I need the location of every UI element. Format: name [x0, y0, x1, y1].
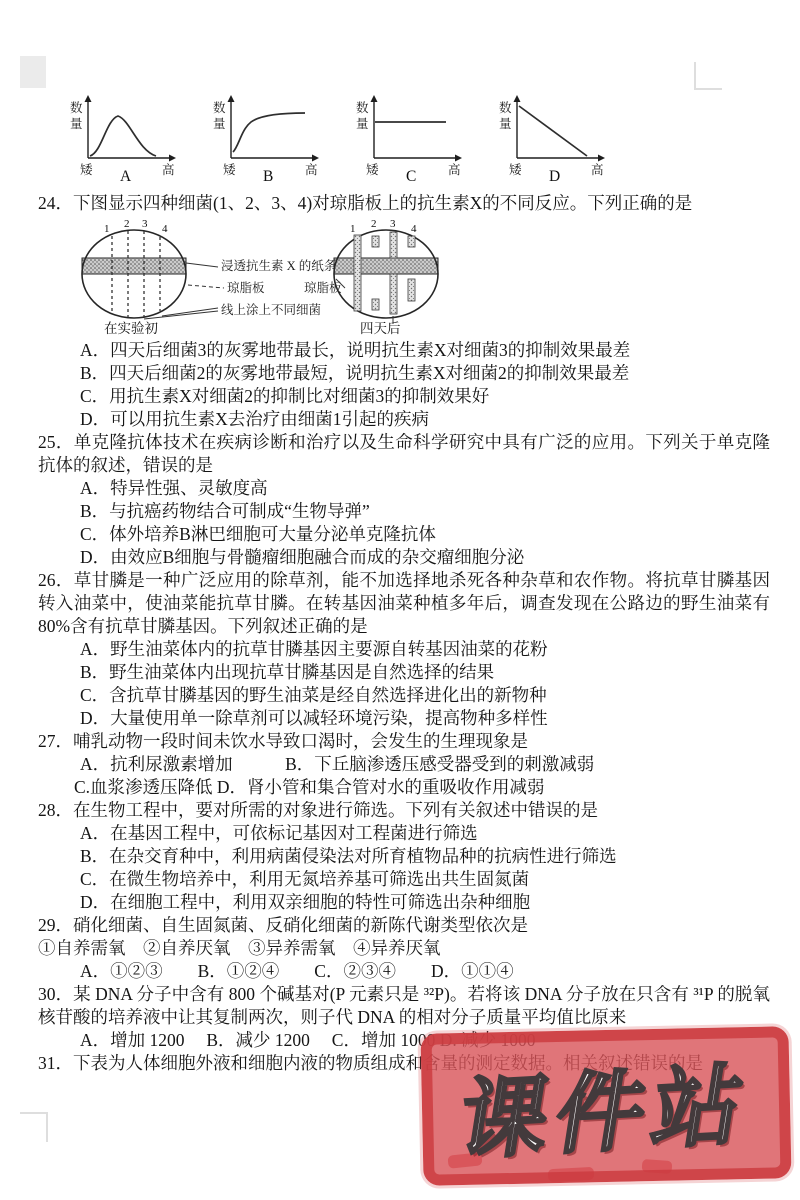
plate-start: 1 2 3 4 在实验初	[82, 219, 186, 336]
graph-letter: A	[120, 168, 132, 184]
antibiotic-strip	[82, 258, 186, 274]
y-axis-label: 数	[70, 100, 83, 115]
bacteria-growth-bar	[390, 232, 397, 258]
plate-caption-start: 在实验初	[104, 321, 158, 336]
declining-line	[519, 106, 587, 156]
option-c: C．在微生物培养中，利用无氮培养基可筛选出共生固氮菌	[80, 868, 770, 891]
option-a: A．野生油菜体内的抗草甘膦基因主要源自转基因油菜的花粉	[80, 638, 770, 661]
corner-mark	[20, 1112, 48, 1142]
bacteria-number: 1	[350, 223, 356, 235]
option-a: A．四天后细菌3的灰雾地带最长，说明抗生素X对细菌3的抑制效果最差	[80, 339, 770, 362]
x-axis-left-label: 矮	[366, 163, 379, 177]
y-axis-label: 量	[499, 117, 512, 131]
antibiotic-strip	[334, 258, 438, 274]
x-axis-left-label: 矮	[223, 163, 236, 177]
bacteria-number: 4	[162, 223, 168, 235]
option-b: B．在杂交育种中，利用病菌侵染法对所育植物品种的抗病性进行筛选	[80, 845, 770, 868]
option-d: D．在细胞工程中，利用双亲细胞的特性可筛选出杂种细胞	[80, 891, 770, 914]
question-stem: 25．单克隆抗体技术在疾病诊断和治疗以及生命科学研究中具有广泛的应用。下列关于单…	[38, 431, 770, 477]
graph-letter: C	[406, 168, 416, 184]
question-stem: 29．硝化细菌、自生固氮菌、反硝化细菌的新陈代谢类型依次是	[38, 914, 770, 937]
bell-curve	[90, 116, 156, 156]
plate-caption-four-days: 四天后	[360, 321, 401, 336]
question-27: 27．哺乳动物一段时间未饮水导致口渴时，会发生的生理现象是 A．抗利尿激素增加 …	[38, 730, 770, 799]
y-axis-label: 数	[499, 100, 512, 115]
agar-label-left: 琼脂板	[227, 280, 265, 295]
sigmoid-curve	[233, 113, 305, 152]
graph-letter: B	[263, 168, 273, 184]
corner-mark	[20, 56, 46, 88]
option-d: D．大量使用单一除草剂可以减轻环境污染，提高物种多样性	[80, 707, 770, 730]
option-a: A．在基因工程中，可依标记基因对工程菌进行筛选	[80, 822, 770, 845]
question-29: 29．硝化细菌、自生固氮菌、反硝化细菌的新陈代谢类型依次是 ①自养需氧 ②自养厌…	[38, 914, 770, 983]
option-c: C．含抗草甘膦基因的野生油菜是经自然选择进化出的新物种	[80, 684, 770, 707]
question-stem: 27．哺乳动物一段时间未饮水导致口渴时，会发生的生理现象是	[38, 730, 770, 753]
plate-four-days: 1 2 3 4 四天后	[334, 219, 438, 336]
x-axis-right-label: 高	[448, 162, 461, 177]
y-axis-label: 量	[356, 117, 369, 131]
question-stem: 24．下图显示四种细菌(1、2、3、4)对琼脂板上的抗生素X的不同反应。下列正确…	[38, 192, 770, 215]
bacteria-growth-bar	[354, 235, 361, 311]
x-axis-right-label: 高	[162, 162, 175, 177]
question-28: 28．在生物工程中，要对所需的对象进行筛选。下列有关叙述中错误的是 A．在基因工…	[38, 799, 770, 914]
bacteria-number: 2	[124, 219, 130, 230]
option-c: C．体外培养B淋巴细胞可大量分泌单克隆抗体	[80, 523, 770, 546]
graph-letter: D	[549, 168, 560, 184]
graph-option-d: 数 量 矮 高 D	[479, 86, 617, 184]
option-line-ab: A．抗利尿激素增加 B．下丘脑渗透压感受器受到的刺激减弱	[80, 753, 770, 776]
option-d: D．由效应B细胞与骨髓瘤细胞融合而成的杂交瘤细胞分泌	[80, 546, 770, 569]
graph-option-a: 数 量 矮 高 A	[50, 86, 188, 184]
option-b: B．四天后细菌2的灰雾地带最短，说明抗生素X对细菌2的抑制效果最差	[80, 362, 770, 385]
graph-option-b: 数 量 矮 高 B	[193, 86, 331, 184]
y-axis-label: 数	[356, 100, 369, 115]
question-stem: 28．在生物工程中，要对所需的对象进行筛选。下列有关叙述中错误的是	[38, 799, 770, 822]
option-c: C．用抗生素X对细菌2的抑制比对细菌3的抑制效果好	[80, 385, 770, 408]
bacteria-growth-bar	[408, 236, 415, 247]
numbered-choices-line: ①自养需氧 ②自养厌氧 ③异养需氧 ④异养厌氧	[38, 937, 770, 960]
question-25: 25．单克隆抗体技术在疾病诊断和治疗以及生命科学研究中具有广泛的应用。下列关于单…	[38, 431, 770, 569]
bacteria-number: 2	[371, 219, 377, 230]
bacteria-growth-bar	[372, 236, 379, 247]
y-axis-label: 数	[213, 100, 226, 115]
option-line: A．①②③ B．①②④ C．②③④ D．①①④	[80, 960, 770, 983]
x-axis-left-label: 矮	[80, 163, 93, 177]
option-d: D．可以用抗生素X去治疗由细菌1引起的疾病	[80, 408, 770, 431]
question-stem: 26．草甘膦是一种广泛应用的除草剂，能不加选择地杀死各种杂草和农作物。将抗草甘膦…	[38, 569, 770, 638]
option-graphs: 数 量 矮 高 A 数 量 矮 高 B 数 量 矮 高 C	[50, 86, 770, 184]
x-axis-right-label: 高	[305, 162, 318, 177]
option-a: A．特异性强、灵敏度高	[80, 477, 770, 500]
question-stem: 30．某 DNA 分子中含有 800 个碱基对(P 元素只是 ³²P)。若将该 …	[38, 983, 770, 1029]
smear-label: 线上涂上不同细菌	[221, 302, 321, 317]
x-axis-left-label: 矮	[509, 163, 522, 177]
option-line-cd: C.血浆渗透压降低 D．肾小管和集合管对水的重吸收作用减弱	[74, 776, 770, 799]
bacteria-growth-bar	[372, 299, 379, 310]
bacteria-number: 3	[142, 219, 148, 230]
bacteria-number: 3	[390, 219, 396, 230]
bacteria-number: 4	[411, 223, 417, 235]
exam-page: 数 量 矮 高 A 数 量 矮 高 B 数 量 矮 高 C	[0, 0, 800, 1200]
watermark-stamp: 课件站	[420, 1026, 791, 1186]
y-axis-label: 量	[213, 117, 226, 131]
option-b: B．与抗癌药物结合可制成“生物导弹”	[80, 500, 770, 523]
option-b: B．野生油菜体内出现抗草甘膦基因是自然选择的结果	[80, 661, 770, 684]
question-24: 24．下图显示四种细菌(1、2、3、4)对琼脂板上的抗生素X的不同反应。下列正确…	[38, 192, 770, 431]
strip-label: 浸透抗生素 X 的纸条	[221, 258, 337, 273]
x-axis-right-label: 高	[591, 162, 604, 177]
graph-option-c: 数 量 矮 高 C	[336, 86, 474, 184]
stamp-text: 课件站	[451, 1035, 760, 1177]
bacteria-growth-bar	[390, 274, 397, 314]
bacteria-number: 1	[104, 223, 110, 235]
agar-plate-diagram: 1 2 3 4 在实验初 浸透抗生素 X 的纸条 琼脂板 琼脂板 线上涂上不同细…	[54, 219, 474, 337]
y-axis-label: 量	[70, 117, 83, 131]
bacteria-growth-bar	[408, 279, 415, 301]
corner-mark	[694, 62, 722, 90]
question-26: 26．草甘膦是一种广泛应用的除草剂，能不加选择地杀死各种杂草和农作物。将抗草甘膦…	[38, 569, 770, 730]
